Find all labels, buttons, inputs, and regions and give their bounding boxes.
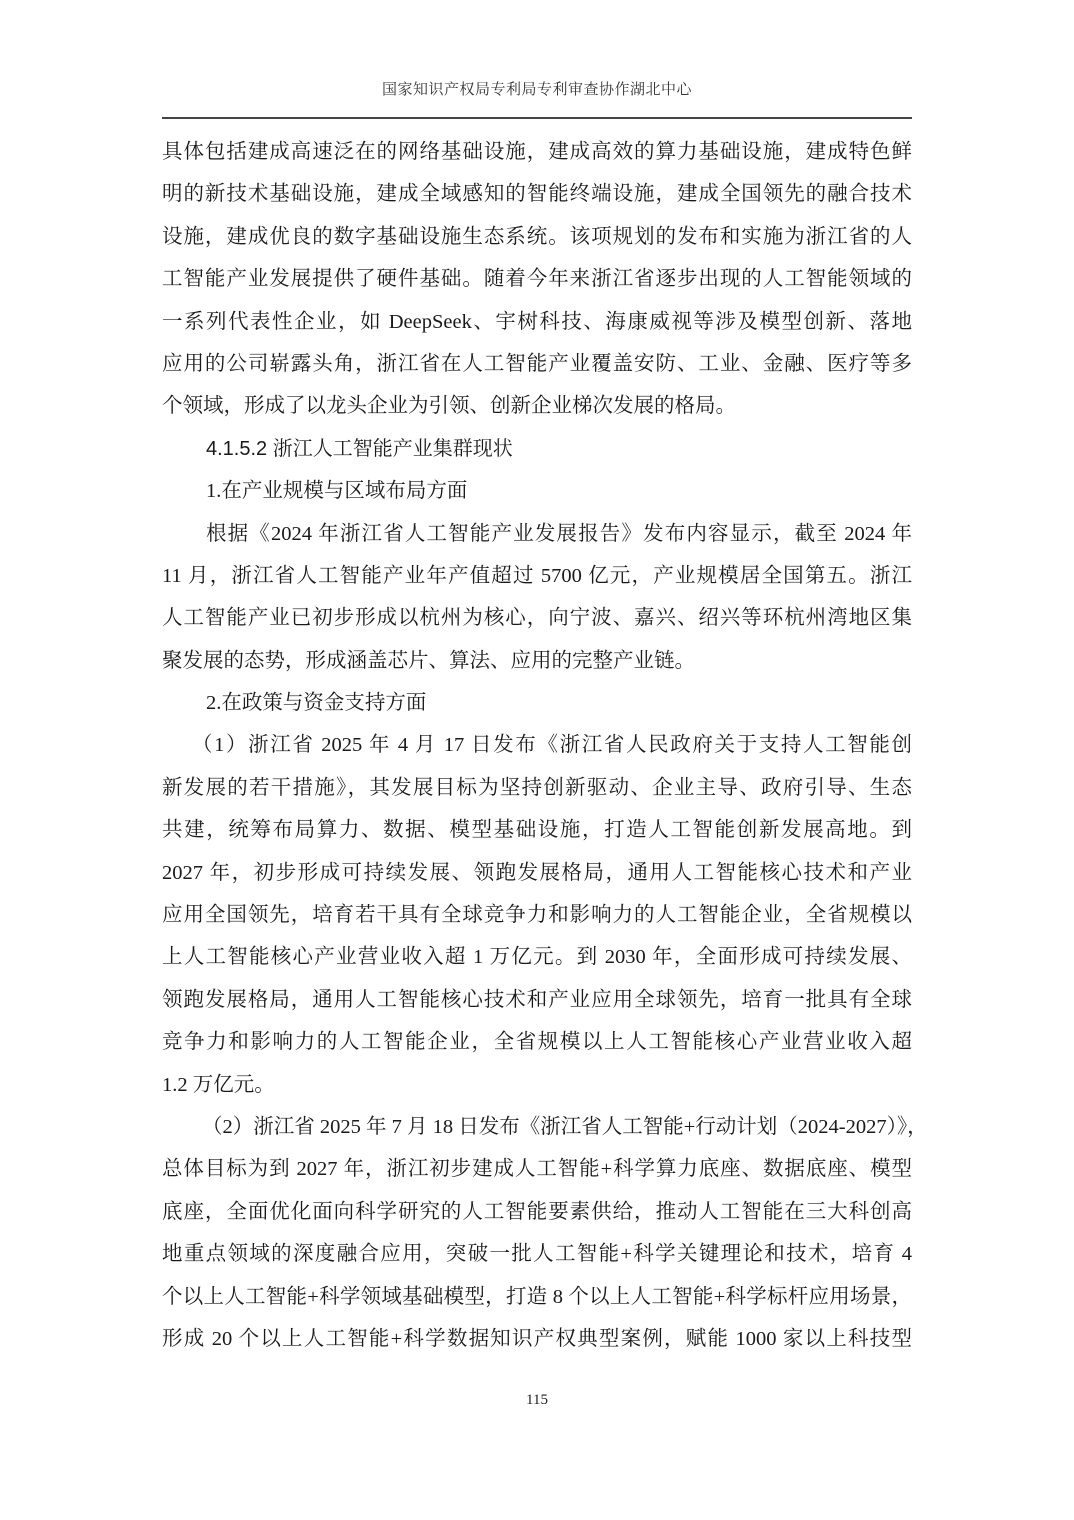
paragraph-infrastructure: 具体包括建成高速泛在的网络基础设施，建成高效的算力基础设施，建成特色鲜 明的新技… — [162, 131, 912, 428]
text-line: 共建，统筹布局算力、数据、模型基础设施，打造人工智能创新发展高地。到 — [162, 809, 912, 851]
text-line: 2027 年，初步形成可持续发展、领跑发展格局，通用人工智能核心技术和产业 — [162, 852, 912, 894]
text-line: 形成 20 个以上人工智能+科学数据知识产权典型案例，赋能 1000 家以上科技… — [162, 1318, 912, 1360]
paragraph-policy-item-2: （2）浙江省 2025 年 7 月 18 日发布《浙江省人工智能+行动计划（20… — [162, 1106, 912, 1360]
text-line: 工智能产业发展提供了硬件基础。随着今年来浙江省逐步出现的人工智能领域的 — [162, 258, 912, 300]
text-line: 聚发展的态势，形成涵盖芯片、算法、应用的完整产业链。 — [162, 640, 912, 682]
text-line: 竞争力和影响力的人工智能企业，全省规模以上人工智能核心产业营业收入超 — [162, 1021, 912, 1063]
text-line: 根据《2024 年浙江省人工智能产业发展报告》发布内容显示，截至 2024 年 — [162, 513, 912, 555]
paragraph-policy-item-1: （1）浙江省 2025 年 4 月 17 日发布《浙江省人民政府关于支持人工智能… — [162, 724, 912, 1106]
text-line: 11 月，浙江省人工智能产业年产值超过 5700 亿元，产业规模居全国第五。浙江 — [162, 555, 912, 597]
page-number: 115 — [0, 1392, 1074, 1409]
subsection-title-scale-layout: 1.在产业规模与区域布局方面 — [162, 470, 912, 512]
text-line: 1.2 万亿元。 — [162, 1064, 912, 1106]
text-line: 底座，全面优化面向科学研究的人工智能要素供给，推动人工智能在三大科创高 — [162, 1191, 912, 1233]
text-line: 具体包括建成高速泛在的网络基础设施，建成高效的算力基础设施，建成特色鲜 — [162, 131, 912, 173]
text-line: 人工智能产业已初步形成以杭州为核心，向宁波、嘉兴、绍兴等环杭州湾地区集 — [162, 597, 912, 639]
subsection-title-policy-funding: 2.在政策与资金支持方面 — [162, 682, 912, 724]
text-line: （1）浙江省 2025 年 4 月 17 日发布《浙江省人民政府关于支持人工智能… — [162, 724, 912, 766]
header-rule — [162, 117, 912, 119]
document-body: 具体包括建成高速泛在的网络基础设施，建成高效的算力基础设施，建成特色鲜 明的新技… — [162, 131, 912, 1360]
text-line: 一系列代表性企业，如 DeepSeek、宇树科技、海康威视等涉及模型创新、落地 — [162, 301, 912, 343]
text-line: 个以上人工智能+科学领域基础模型，打造 8 个以上人工智能+科学标杆应用场景， — [162, 1276, 912, 1318]
text-line: 设施，建成优良的数字基础设施生态系统。该项规划的发布和实施为浙江省的人 — [162, 216, 912, 258]
paragraph-industry-scale: 根据《2024 年浙江省人工智能产业发展报告》发布内容显示，截至 2024 年 … — [162, 513, 912, 683]
running-header: 国家知识产权局专利局专利审查协作湖北中心 — [162, 78, 912, 99]
text-line: （2）浙江省 2025 年 7 月 18 日发布《浙江省人工智能+行动计划（20… — [162, 1106, 912, 1148]
text-line: 总体目标为到 2027 年，浙江初步建成人工智能+科学算力底座、数据底座、模型 — [162, 1148, 912, 1190]
text-line: 应用全国领先，培育若干具有全球竞争力和影响力的人工智能企业，全省规模以 — [162, 894, 912, 936]
section-heading: 4.1.5.2 浙江人工智能产业集群现状 — [162, 428, 912, 470]
text-line: 新发展的若干措施》，其发展目标为坚持创新驱动、企业主导、政府引导、生态 — [162, 767, 912, 809]
text-line: 个领域，形成了以龙头企业为引领、创新企业梯次发展的格局。 — [162, 385, 912, 427]
text-line: 明的新技术基础设施，建成全域感知的智能终端设施，建成全国领先的融合技术 — [162, 173, 912, 215]
text-line: 上人工智能核心产业营业收入超 1 万亿元。到 2030 年，全面形成可持续发展、 — [162, 936, 912, 978]
text-line: 应用的公司崭露头角，浙江省在人工智能产业覆盖安防、工业、金融、医疗等多 — [162, 343, 912, 385]
text-line: 地重点领域的深度融合应用，突破一批人工智能+科学关键理论和技术，培育 4 — [162, 1233, 912, 1275]
text-line: 领跑发展格局，通用人工智能核心技术和产业应用全球领先，培育一批具有全球 — [162, 979, 912, 1021]
